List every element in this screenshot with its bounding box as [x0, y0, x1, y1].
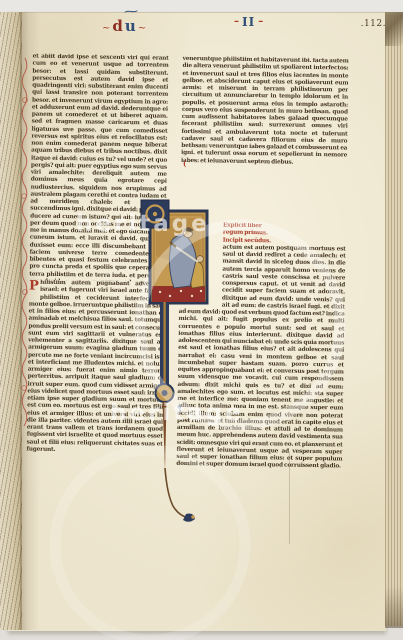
penwork-flourish-icon: ~	[138, 24, 146, 34]
initial-wrap-spacer	[179, 222, 220, 305]
left-column-text: et abiit david ipse et sexcenti viri qui…	[29, 54, 169, 282]
book-fore-edge	[385, 14, 403, 626]
red-chapter-initial: P	[29, 280, 40, 295]
right-column-text: veneruntque philistiim et habitaverunt i…	[180, 56, 349, 223]
rubric-dash-icon: –	[258, 17, 263, 27]
folio-number: .112.	[348, 19, 386, 29]
fore-edge-top-corner	[385, 12, 403, 46]
left-column-text-2: hilistiim autem pugnabant adversum israe…	[26, 280, 165, 453]
left-column: et abiit david ipse et sexcenti viri qui…	[26, 54, 169, 478]
running-title-letter-red: d	[112, 19, 123, 34]
right-column-lower: Explicit liber regum primus. Incipit sec…	[176, 222, 346, 477]
ruling-line	[289, 452, 290, 544]
rubric-dash-icon: –	[234, 17, 239, 27]
book-numeral: II	[242, 16, 255, 28]
fore-edge-bottom-corner	[385, 586, 403, 628]
red-paragraph-mark: (	[183, 159, 186, 168]
penwork-crown-icon: ~	[121, 5, 139, 19]
facing-page-gutter	[0, 12, 22, 630]
left-column-text-chapter: Philistiim autem pugnabant adversum isra…	[26, 280, 165, 478]
penwork-flourish-icon: ~	[102, 24, 110, 34]
blue-paragraph-mark: ¶	[177, 404, 181, 413]
running-book-numeral: – II –	[234, 16, 263, 28]
running-title-letter-blue: u	[125, 19, 136, 34]
text-block: et abiit david ipse et sexcenti viri qui…	[26, 54, 351, 485]
manuscript-photo: ~ d u ~ ~ – II – .112. et abiit david ip…	[0, 0, 403, 640]
right-column: veneruntque philistiim et habitaverunt i…	[176, 56, 349, 477]
